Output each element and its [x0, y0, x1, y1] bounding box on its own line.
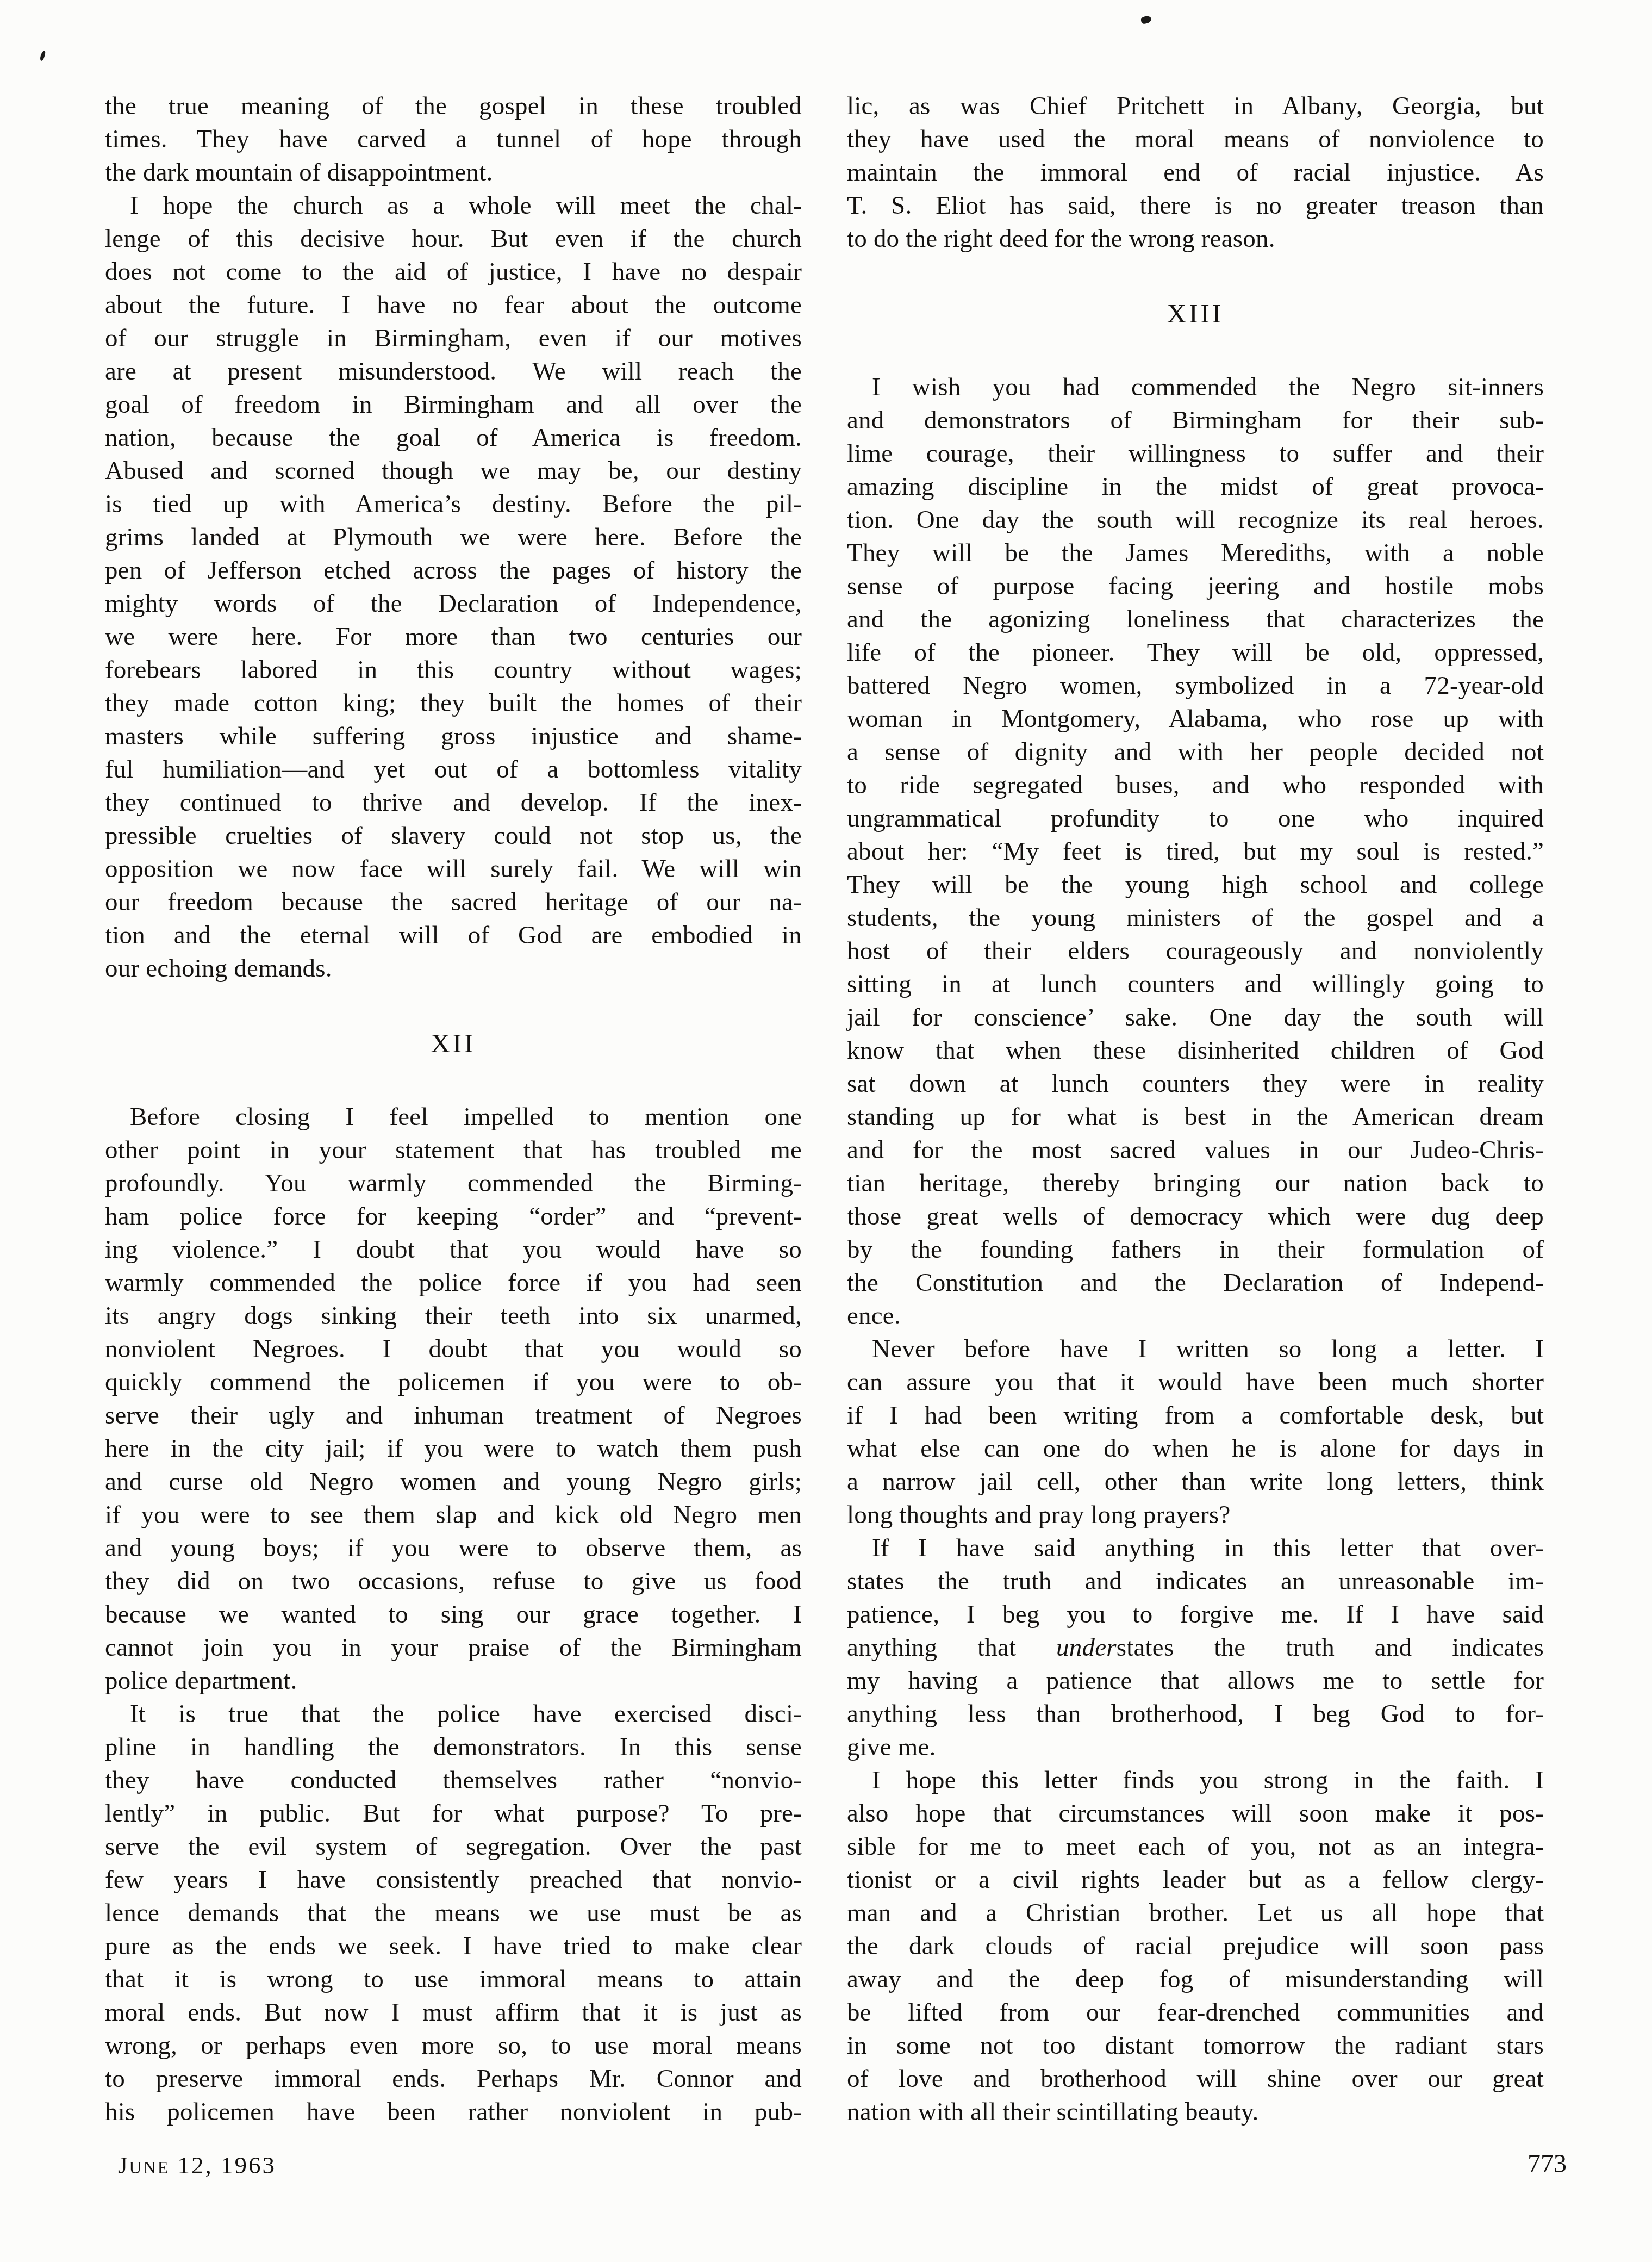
paragraph: Never before have I written so long a le…: [847, 1333, 1544, 1532]
text-line: anything less than brotherhood, I beg Go…: [847, 1698, 1544, 1731]
text-line: tion and the eternal will of God are emb…: [105, 919, 802, 952]
text-line: to ride segregated buses, and who respon…: [847, 769, 1544, 802]
text-line: host of their elders courageously and no…: [847, 935, 1544, 968]
text-line: sense of purpose facing jeering and host…: [847, 570, 1544, 603]
text-line: can assure you that it would have been m…: [847, 1366, 1544, 1399]
text-line: about her: “My feet is tired, but my sou…: [847, 835, 1544, 868]
text-line: opposition we now face will surely fail.…: [105, 853, 802, 886]
text-line: long thoughts and pray long prayers?: [847, 1499, 1544, 1532]
text-line: states the truth and indicates an unreas…: [847, 1565, 1544, 1598]
text-line: and curse old Negro women and young Negr…: [105, 1465, 802, 1499]
paragraph: I wish you had commended the Negro sit-i…: [847, 371, 1544, 1333]
text-line: lenge of this decisive hour. But even if…: [105, 222, 802, 256]
text-line: ing violence.” I doubt that you would ha…: [105, 1233, 802, 1266]
paragraph: It is true that the police have exercise…: [105, 1698, 802, 2129]
text-line: our freedom because the sacred heritage …: [105, 886, 802, 919]
text-line: nonviolent Negroes. I doubt that you wou…: [105, 1333, 802, 1366]
text-line: other point in your statement that has t…: [105, 1134, 802, 1167]
text-line: is tied up with America’s destiny. Befor…: [105, 488, 802, 521]
paragraph: I hope this letter finds you strong in t…: [847, 1764, 1544, 2129]
text-line: tionist or a civil rights leader but as …: [847, 1863, 1544, 1897]
text-line: maintain the immoral end of racial injus…: [847, 156, 1544, 189]
text-line: jail for conscience’ sake. One day the s…: [847, 1001, 1544, 1034]
text-line: wrong, or perhaps even more so, to use m…: [105, 2029, 802, 2062]
text-line: lently” in public. But for what purpose?…: [105, 1797, 802, 1830]
text-line: man and a Christian brother. Let us all …: [847, 1897, 1544, 1930]
text-line: pen of Jefferson etched across the pages…: [105, 554, 802, 587]
text-line: pline in handling the demonstrators. In …: [105, 1731, 802, 1764]
paragraph: Before closing I feel impelled to mentio…: [105, 1101, 802, 1698]
text-line: that it is wrong to use immoral means to…: [105, 1963, 802, 1996]
text-line: warmly commended the police force if you…: [105, 1266, 802, 1300]
text-line: nation, because the goal of America is f…: [105, 421, 802, 455]
text-line: away and the deep fog of misunderstandin…: [847, 1963, 1544, 1996]
text-line: woman in Montgomery, Alabama, who rose u…: [847, 703, 1544, 736]
text-line: a narrow jail cell, other than write lon…: [847, 1465, 1544, 1499]
text-line: tion. One day the south will recognize i…: [847, 504, 1544, 537]
paragraph: lic, as was Chief Pritchett in Albany, G…: [847, 90, 1544, 256]
text-line: the true meaning of the gospel in these …: [105, 90, 802, 123]
text-line: here in the city jail; if you were to wa…: [105, 1432, 802, 1465]
ink-speck: [1140, 15, 1152, 24]
paragraph: If I have said anything in this letter t…: [847, 1532, 1544, 1764]
text-line: forebears labored in this country withou…: [105, 654, 802, 687]
magazine-page: the true meaning of the gospel in these …: [0, 0, 1652, 2262]
text-line: and young boys; if you were to observe t…: [105, 1532, 802, 1565]
text-line: patience, I beg you to forgive me. If I …: [847, 1598, 1544, 1631]
text-line: to do the right deed for the wrong reaso…: [847, 222, 1544, 256]
text-line: serve the evil system of segregation. Ov…: [105, 1830, 802, 1863]
text-line: our echoing demands.: [105, 952, 802, 985]
text-line: anything that understates the truth and …: [847, 1631, 1544, 1664]
text-line: in some not too distant tomorrow the rad…: [847, 2029, 1544, 2062]
text-line: they made cotton king; they built the ho…: [105, 687, 802, 720]
text-line: does not come to the aid of justice, I h…: [105, 256, 802, 289]
footer-date: June 12, 1963: [118, 2151, 276, 2179]
text-line: times. They have carved a tunnel of hope…: [105, 123, 802, 156]
text-column-left: the true meaning of the gospel in these …: [105, 90, 802, 2129]
text-line: and demonstrators of Birmingham for thei…: [847, 404, 1544, 437]
text-line: cannot join you in your praise of the Bi…: [105, 1631, 802, 1664]
text-line: lic, as was Chief Pritchett in Albany, G…: [847, 90, 1544, 123]
page-number: 773: [1446, 2149, 1567, 2179]
text-line: they continued to thrive and develop. If…: [105, 786, 802, 819]
text-line: battered Negro women, symbolized in a 72…: [847, 669, 1544, 703]
text-line: because we wanted to sing our grace toge…: [105, 1598, 802, 1631]
text-line: amazing discipline in the midst of great…: [847, 470, 1544, 504]
text-line: moral ends. But now I must affirm that i…: [105, 1996, 802, 2029]
text-line: Abused and scorned though we may be, our…: [105, 455, 802, 488]
section-heading-xiii: XIII: [847, 297, 1544, 330]
text-line: profoundly. You warmly commended the Bir…: [105, 1167, 802, 1200]
text-line: they did on two occasions, refuse to giv…: [105, 1565, 802, 1598]
text-line: we were here. For more than two centurie…: [105, 620, 802, 654]
text-line: ham police force for keeping “order” and…: [105, 1200, 802, 1233]
text-line: lime courage, their willingness to suffe…: [847, 437, 1544, 470]
text-line: sible for me to meet each of you, not as…: [847, 1830, 1544, 1863]
text-line: the dark clouds of racial prejudice will…: [847, 1930, 1544, 1963]
text-line: They will be the young high school and c…: [847, 868, 1544, 902]
text-line: ful humiliation—and yet out of a bottoml…: [105, 753, 802, 786]
text-line: police department.: [105, 1664, 802, 1698]
text-line: serve their ugly and inhuman treatment o…: [105, 1399, 802, 1432]
text-line: what else can one do when he is alone fo…: [847, 1432, 1544, 1465]
text-line: his policemen have been rather nonviolen…: [105, 2096, 802, 2129]
text-line: pure as the ends we seek. I have tried t…: [105, 1930, 802, 1963]
text-line: of love and brotherhood will shine over …: [847, 2062, 1544, 2096]
text-line: about the future. I have no fear about t…: [105, 289, 802, 322]
paragraph: the true meaning of the gospel in these …: [105, 90, 802, 189]
text-line: be lifted from our fear-drenched communi…: [847, 1996, 1544, 2029]
text-line: if you were to see them slap and kick ol…: [105, 1499, 802, 1532]
text-line: life of the pioneer. They will be old, o…: [847, 636, 1544, 669]
text-line: quickly commend the policemen if you wer…: [105, 1366, 802, 1399]
text-column-right: lic, as was Chief Pritchett in Albany, G…: [847, 90, 1544, 2129]
text-line: grims landed at Plymouth we were here. B…: [105, 521, 802, 554]
text-line: If I have said anything in this letter t…: [847, 1532, 1544, 1565]
text-line: goal of freedom in Birmingham and all ov…: [105, 388, 802, 421]
text-line: ence.: [847, 1300, 1544, 1333]
text-line: lence demands that the means we use must…: [105, 1897, 802, 1930]
text-line: the Constitution and the Declaration of …: [847, 1266, 1544, 1300]
text-line: They will be the James Merediths, with a…: [847, 537, 1544, 570]
ink-speck: [40, 50, 46, 61]
text-line: pressible cruelties of slavery could not…: [105, 819, 802, 853]
text-line: Before closing I feel impelled to mentio…: [105, 1101, 802, 1134]
paragraph: I hope the church as a whole will meet t…: [105, 189, 802, 985]
text-line: its angry dogs sinking their teeth into …: [105, 1300, 802, 1333]
text-line: to preserve immoral ends. Perhaps Mr. Co…: [105, 2062, 802, 2096]
text-line: they have used the moral means of nonvio…: [847, 123, 1544, 156]
text-line: Never before have I written so long a le…: [847, 1333, 1544, 1366]
text-line: I hope this letter finds you strong in t…: [847, 1764, 1544, 1797]
text-line: if I had been writing from a comfortable…: [847, 1399, 1544, 1432]
text-line: T. S. Eliot has said, there is no greate…: [847, 189, 1544, 222]
text-line: also hope that circumstances will soon m…: [847, 1797, 1544, 1830]
text-line: sat down at lunch counters they were in …: [847, 1067, 1544, 1101]
text-line: know that when these disinherited childr…: [847, 1034, 1544, 1067]
text-line: I hope the church as a whole will meet t…: [105, 189, 802, 222]
text-line: of our struggle in Birmingham, even if o…: [105, 322, 802, 355]
text-line: a sense of dignity and with her people d…: [847, 736, 1544, 769]
text-line: the dark mountain of disappointment.: [105, 156, 802, 189]
text-line: and the agonizing loneliness that charac…: [847, 603, 1544, 636]
text-line: masters while suffering gross injustice …: [105, 720, 802, 753]
text-line: by the founding fathers in their formula…: [847, 1233, 1544, 1266]
text-line: mighty words of the Declaration of Indep…: [105, 587, 802, 620]
text-line: they have conducted themselves rather “n…: [105, 1764, 802, 1797]
text-line: those great wells of democracy which wer…: [847, 1200, 1544, 1233]
text-line: standing up for what is best in the Amer…: [847, 1101, 1544, 1134]
text-line: are at present misunderstood. We will re…: [105, 355, 802, 388]
text-line: It is true that the police have exercise…: [105, 1698, 802, 1731]
text-line: tian heritage, thereby bringing our nati…: [847, 1167, 1544, 1200]
text-line: my having a patience that allows me to s…: [847, 1664, 1544, 1698]
text-line: nation with all their scintillating beau…: [847, 2096, 1544, 2129]
text-line: and for the most sacred values in our Ju…: [847, 1134, 1544, 1167]
section-heading-xii: XII: [105, 1027, 802, 1060]
text-line: few years I have consistently preached t…: [105, 1863, 802, 1897]
text-line: students, the young ministers of the gos…: [847, 902, 1544, 935]
text-line: I wish you had commended the Negro sit-i…: [847, 371, 1544, 404]
text-line: sitting in at lunch counters and willing…: [847, 968, 1544, 1001]
text-line: give me.: [847, 1731, 1544, 1764]
text-line: ungrammatical profundity to one who inqu…: [847, 802, 1544, 835]
